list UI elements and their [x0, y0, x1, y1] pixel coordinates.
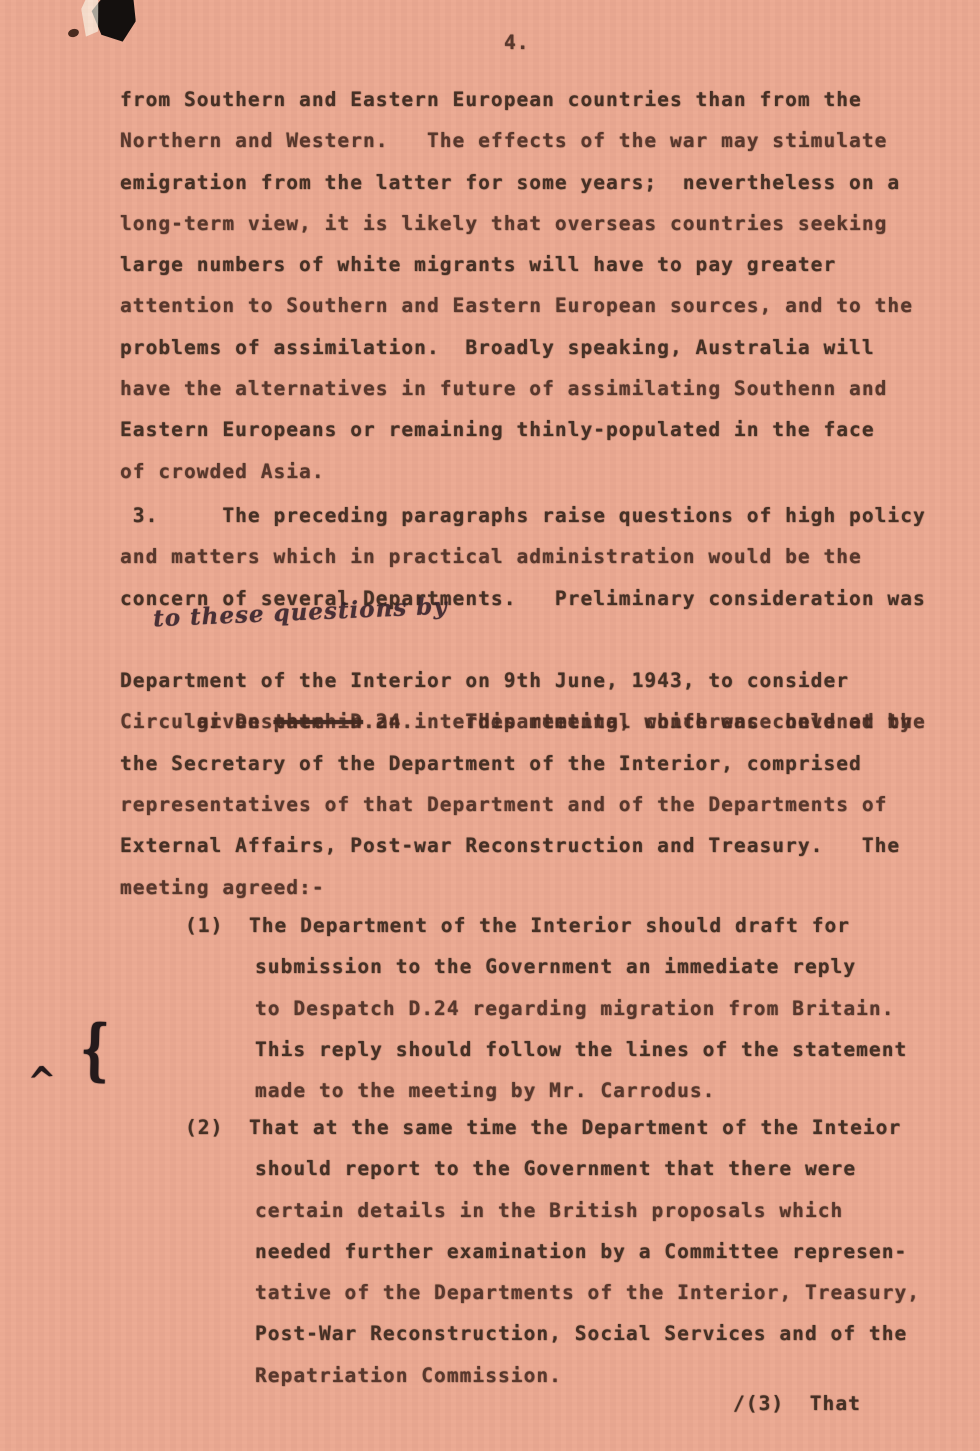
typed-line: External Affairs, Post-war Reconstructio…: [120, 825, 926, 866]
typed-line: Circular Despatch D.24. This meeting, wh…: [120, 701, 926, 742]
typed-line: This reply should follow the lines of th…: [255, 1029, 907, 1070]
typed-line: large numbers of white migrants will hav…: [120, 244, 913, 285]
typed-line: long-term view, it is likely that overse…: [120, 203, 913, 244]
typed-line: have the alternatives in future of assim…: [120, 368, 913, 409]
typed-line: of crowded Asia.: [120, 451, 913, 492]
typed-line: attention to Southern and Eastern Europe…: [120, 285, 913, 326]
typed-line: made to the meeting by Mr. Carrodus.: [255, 1070, 907, 1111]
typed-line: tative of the Departments of the Interio…: [255, 1272, 920, 1313]
list-item-1-continuation: submission to the Government an immediat…: [255, 946, 907, 1111]
handwritten-caret-mark: ^: [27, 1058, 58, 1106]
handwritten-brace-mark: {: [79, 1009, 110, 1089]
typed-line: (2) That at the same time the Department…: [185, 1107, 920, 1148]
typed-line: should report to the Government that the…: [255, 1148, 920, 1189]
typed-line: Post-War Reconstruction, Social Services…: [255, 1313, 920, 1354]
typed-line: problems of assimilation. Broadly speaki…: [120, 327, 913, 368]
typed-line: emigration from the latter for some year…: [120, 162, 913, 203]
typed-line: from Southern and Eastern European count…: [120, 79, 913, 120]
typed-line: certain details in the British proposals…: [255, 1190, 920, 1231]
typed-line: (1) The Department of the Interior shoul…: [185, 905, 907, 946]
typed-line: representatives of that Department and o…: [120, 784, 926, 825]
continued-paragraph: from Southern and Eastern European count…: [120, 79, 913, 492]
typed-line: Department of the Interior on 9th June, …: [120, 660, 926, 701]
list-item-1: (1) The Department of the Interior shoul…: [185, 905, 907, 1111]
typed-line: needed further examination by a Committe…: [255, 1231, 920, 1272]
typed-line: the Secretary of the Department of the I…: [120, 743, 926, 784]
list-item-2: (2) That at the same time the Department…: [185, 1107, 920, 1396]
typed-line: meeting agreed:-: [120, 867, 926, 908]
list-item-2-continuation: should report to the Government that the…: [255, 1148, 920, 1396]
typed-line: Eastern Europeans or remaining thinly-po…: [120, 409, 913, 450]
paragraph-3: 3. The preceding paragraphs raise questi…: [120, 495, 926, 908]
typed-line-with-correction: to these questions by given them in an i…: [120, 619, 926, 660]
typed-line: submission to the Government an immediat…: [255, 946, 907, 987]
typed-line: Northern and Western. The effects of the…: [120, 120, 913, 161]
typed-line: to Despatch D.24 regarding migration fro…: [255, 988, 907, 1029]
typed-line: 3. The preceding paragraphs raise questi…: [120, 495, 926, 536]
scanned-document-page: 4. from Southern and Eastern European co…: [0, 0, 980, 1451]
typed-line: and matters which in practical administr…: [120, 536, 926, 577]
ink-speck: [67, 28, 80, 39]
catchword: /(3) That: [733, 1383, 861, 1424]
page-number: 4.: [504, 22, 530, 63]
